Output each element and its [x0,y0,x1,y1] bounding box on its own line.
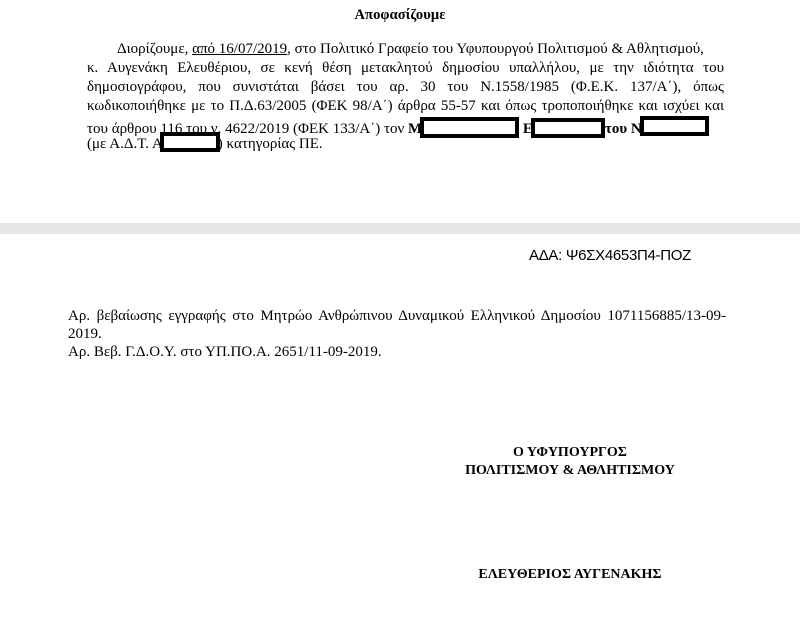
paragraph-line-1: Διορίζουμε, από 16/07/2019, στο Πολιτικό… [87,40,724,59]
appointment-date: από 16/07/2019 [192,41,287,57]
id-number-redaction-box [160,132,220,152]
decision-heading: Αποφασίζουμε [0,7,800,24]
notes-line-1: Αρ. βεβαίωσης εγγραφής στο Μητρώο Ανθρώπ… [68,307,726,325]
signatory-title-line-1: Ο ΥΦΥΠΟΥΡΓΟΣ [430,444,710,462]
signatory-name: ΕΛΕΥΘΕΡΙΟΣ ΑΥΓΕΝΑΚΗΣ [430,566,710,584]
paragraph-line-5: του άρθρου 116 του ν. 4622/2019 (ΦΕΚ 133… [87,116,724,132]
paragraph-line-3: δημοσιογράφου, που συνιστάται βάσει του … [87,78,724,97]
document-page-1: Αποφασίζουμε Διορίζουμε, από 16/07/2019,… [0,0,800,223]
signatory-title: Ο ΥΦΥΠΟΥΡΓΟΣ ΠΟΛΙΤΙΣΜΟΥ & ΑΘΛΗΤΙΣΜΟΥ [430,444,710,480]
ada-code: ΑΔΑ: Ψ6ΣΧ4653Π4-ΠΟΖ [529,247,691,264]
appointment-paragraph: Διορίζουμε, από 16/07/2019, στο Πολιτικό… [87,40,724,151]
notes-line-2: 2019. [68,325,726,343]
signatory-title-line-2: ΠΟΛΙΤΙΣΜΟΥ & ΑΘΛΗΤΙΣΜΟΥ [430,462,710,480]
page-separator [0,223,800,234]
notes-line-3: Αρ. Βεβ. Γ.Δ.Ο.Υ. στο ΥΠ.ΠΟ.Α. 2651/11-0… [68,343,726,361]
registration-notes: Αρ. βεβαίωσης εγγραφής στο Μητρώο Ανθρώπ… [68,307,726,361]
paragraph-line-2: κ. Αυγενάκη Ελευθέριου, σε κενή θέση μετ… [87,59,724,78]
paragraph-line-4: κωδικοποιήθηκε με το Π.Δ.63/2005 (ΦΕΚ 98… [87,97,724,116]
paragraph-line-6: (με Α.Δ.Τ. Α) κατηγορίας ΠΕ. [87,132,724,151]
